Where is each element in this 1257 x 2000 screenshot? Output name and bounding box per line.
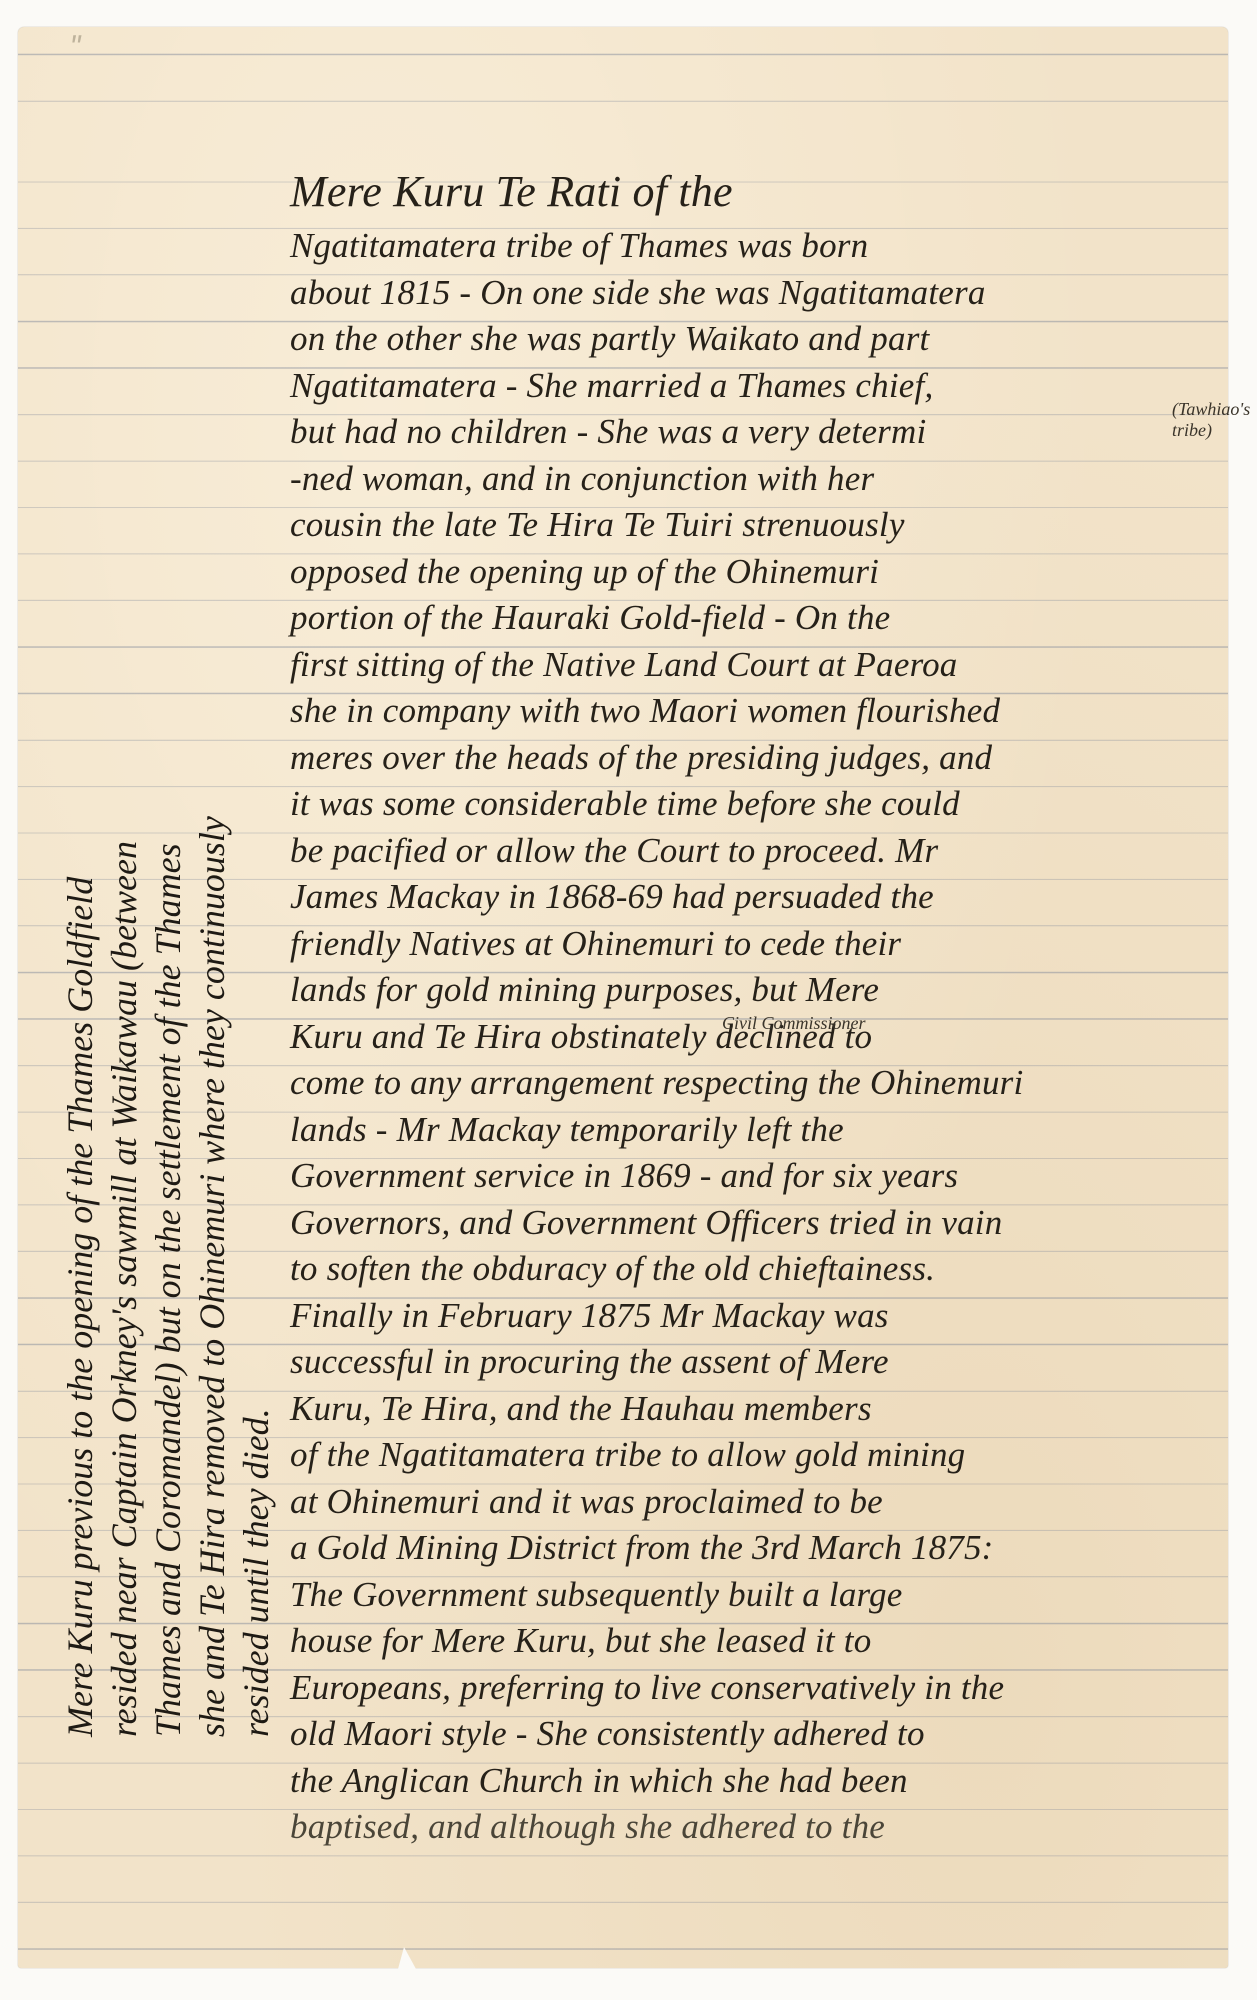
text-line: on the other she was partly Waikato and … xyxy=(290,316,1230,363)
text-line: Government service in 1869 - and for six… xyxy=(290,1153,1230,1200)
text-line: she in company with two Maori women flou… xyxy=(290,688,1230,735)
text-line: Ngatitamatera tribe of Thames was born xyxy=(290,223,1230,270)
text-line: The Government subsequently built a larg… xyxy=(290,1572,1230,1619)
text-line: -ned woman, and in conjunction with her xyxy=(290,456,1230,503)
margin-note-line: resided near Captain Orkney's sawmill at… xyxy=(102,267,146,1767)
text-line: to soften the obduracy of the old chieft… xyxy=(290,1246,1230,1293)
text-line: cousin the late Te Hira Te Tuiri strenuo… xyxy=(290,502,1230,549)
manuscript-page: ʺ Mere Kuru Te Rati of the Ngatitamatera… xyxy=(18,27,1228,1968)
text-line: lands - Mr Mackay temporarily left the xyxy=(290,1107,1230,1154)
text-line: of the Ngatitamatera tribe to allow gold… xyxy=(290,1432,1230,1479)
pencil-mark: ʺ xyxy=(70,32,110,72)
margin-note-line: she and Te Hira removed to Ohinemuri whe… xyxy=(190,267,234,1767)
insertion-note: Civil Commissioner xyxy=(722,1013,866,1034)
text-line: James Mackay in 1868-69 had persuaded th… xyxy=(290,874,1230,921)
margin-note-line: resided until they died. xyxy=(234,267,278,1767)
text-line: be pacified or allow the Court to procee… xyxy=(290,828,1230,875)
text-line: Kuru, Te Hira, and the Hauhau members xyxy=(290,1386,1230,1433)
text-line: about 1815 - On one side she was Ngatita… xyxy=(290,270,1230,317)
paper-tear-notch xyxy=(398,1947,416,1969)
text-line: Europeans, preferring to live conservati… xyxy=(290,1665,1230,1712)
title-line: Mere Kuru Te Rati of the xyxy=(290,169,1230,223)
text-line: friendly Natives at Ohinemuri to cede th… xyxy=(290,921,1230,968)
margin-note-line: Mere Kuru previous to the opening of the… xyxy=(58,267,102,1767)
vertical-margin-note: Mere Kuru previous to the opening of the… xyxy=(58,267,288,1767)
margin-note-line: Thames and Coromandel) but on the settle… xyxy=(146,267,190,1767)
text-line: baptised, and although she adhered to th… xyxy=(290,1804,1230,1851)
text-line: Governors, and Government Officers tried… xyxy=(290,1200,1230,1247)
text-line: a Gold Mining District from the 3rd Marc… xyxy=(290,1525,1230,1572)
text-line: meres over the heads of the presiding ju… xyxy=(290,735,1230,782)
text-line: portion of the Hauraki Gold-field - On t… xyxy=(290,595,1230,642)
text-line: but had no children - She was a very det… xyxy=(290,409,1230,456)
text-line: house for Mere Kuru, but she leased it t… xyxy=(290,1618,1230,1665)
text-line: Finally in February 1875 Mr Mackay was xyxy=(290,1293,1230,1340)
insertion-note: (Tawhiao's tribe) xyxy=(1172,399,1250,441)
text-line: first sitting of the Native Land Court a… xyxy=(290,642,1230,689)
text-line: it was some considerable time before she… xyxy=(290,781,1230,828)
text-line: at Ohinemuri and it was proclaimed to be xyxy=(290,1479,1230,1526)
text-line: old Maori style - She consistently adher… xyxy=(290,1711,1230,1758)
text-line: opposed the opening up of the Ohinemuri xyxy=(290,549,1230,596)
text-line: lands for gold mining purposes, but Mere xyxy=(290,967,1230,1014)
text-line: come to any arrangement respecting the O… xyxy=(290,1060,1230,1107)
text-line: Ngatitamatera - She married a Thames chi… xyxy=(290,363,1230,410)
text-line: successful in procuring the assent of Me… xyxy=(290,1339,1230,1386)
text-line: the Anglican Church in which she had bee… xyxy=(290,1758,1230,1805)
main-text-block: Mere Kuru Te Rati of the Ngatitamatera t… xyxy=(290,177,1230,1851)
